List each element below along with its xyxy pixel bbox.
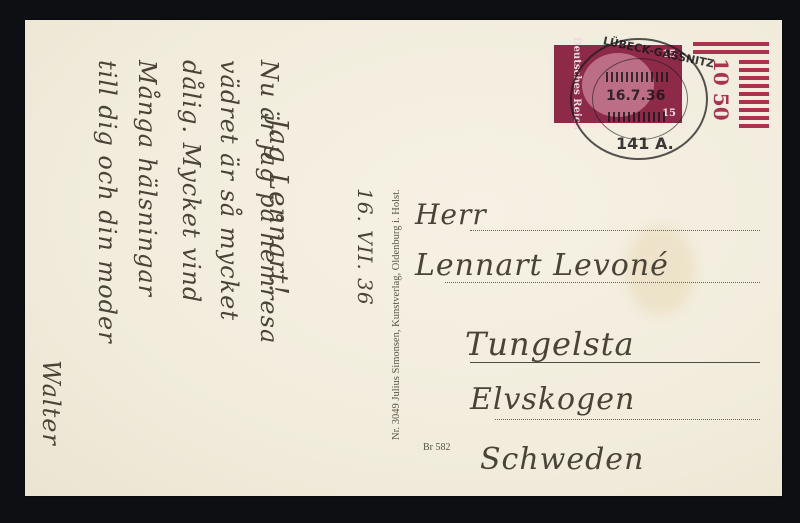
message-line-5: till dig och din moder: [93, 60, 121, 344]
message-line-2: vädret är så mycket: [215, 60, 243, 321]
message-line-4: Många hälsningar: [133, 60, 161, 297]
postmark: LÜBECK-GASSNITZ 16.7.36 141 A.: [570, 38, 708, 160]
address-city: Elvskogen: [470, 382, 635, 417]
message-line-3: dålig. Mycket vind: [177, 60, 205, 303]
postmark-bottom-text: 141 A.: [616, 134, 674, 153]
postmark-date: 16.7.36: [606, 88, 665, 104]
address-name: Lennart Levoné: [415, 248, 669, 283]
message-date: 16. VII. 36: [353, 188, 377, 306]
publisher-imprint: Nr. 3049 Julius Simonsen, Kunstverlag, O…: [391, 189, 402, 440]
address-salutation: Herr: [415, 198, 487, 231]
address-country: Schweden: [480, 442, 644, 477]
print-code: Br 582: [423, 442, 451, 453]
message-line-1: Nu är jag på hemresa: [255, 60, 283, 344]
message-signature: Walter: [37, 360, 65, 446]
address-line-4: [495, 419, 760, 420]
address-line-1: [470, 230, 760, 231]
address-street: Tungelsta: [465, 325, 635, 363]
